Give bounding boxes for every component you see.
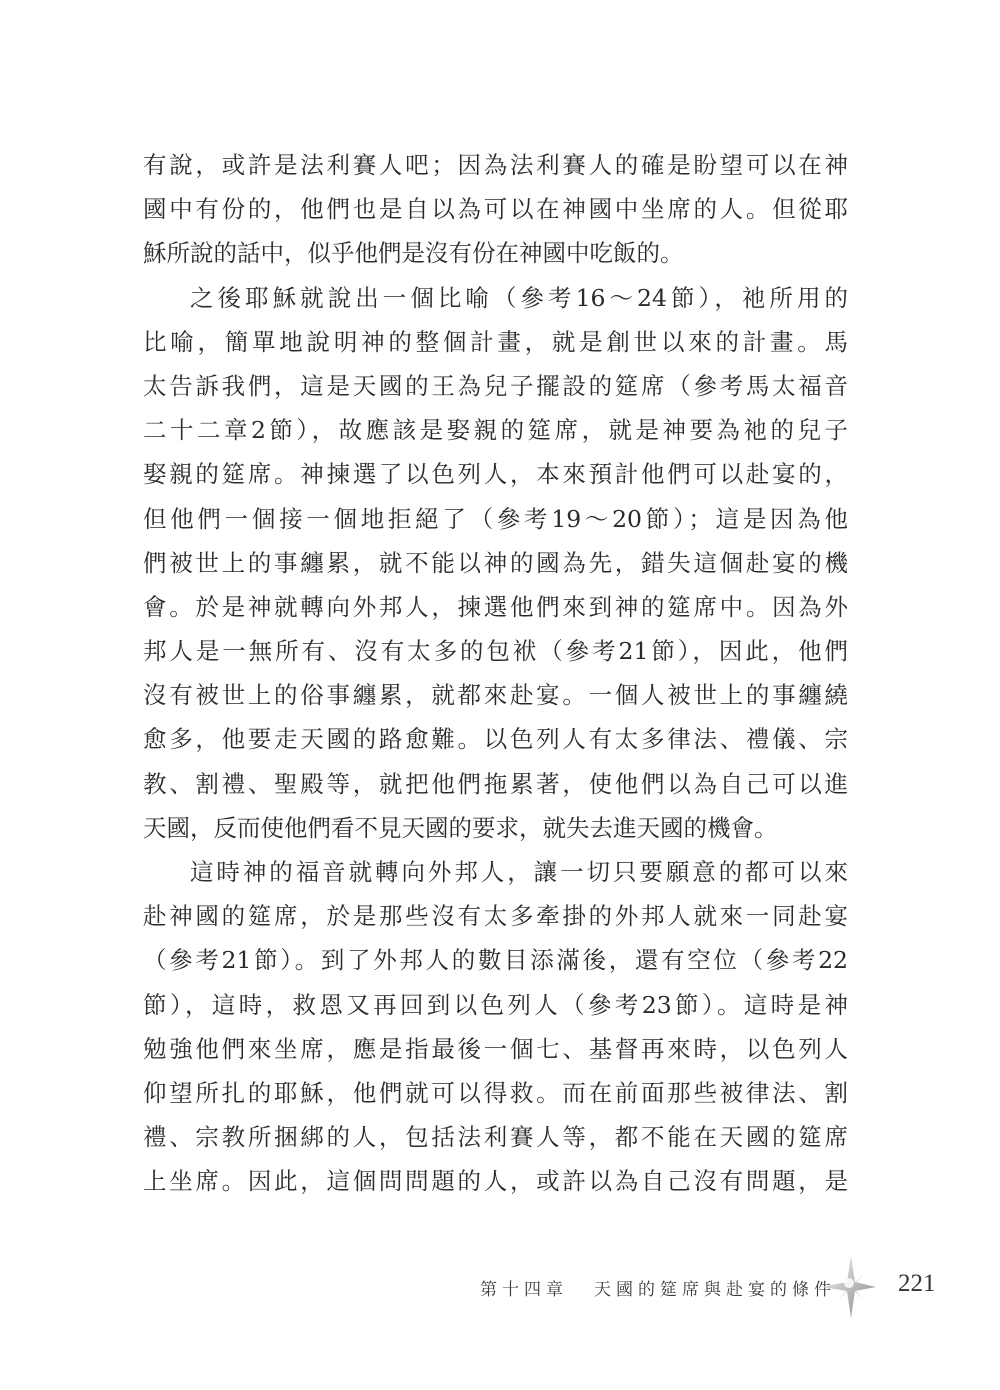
star-ornament-icon <box>818 1254 878 1320</box>
text-line: 二十二章2節），故應該是娶親的筵席，就是神要為祂的兒子 <box>143 408 848 452</box>
text-line: 節），這時，救恩又再回到以色列人（參考23節）。這時是神 <box>143 983 848 1027</box>
text-line: 教、割禮、聖殿等，就把他們拖累著，使他們以為自己可以進 <box>143 762 848 806</box>
text-line: 赴神國的筵席，於是那些沒有太多牽掛的外邦人就來一同赴宴 <box>143 894 848 938</box>
text-line: 禮、宗教所捆綁的人，包括法利賽人等，都不能在天國的筵席 <box>143 1115 848 1159</box>
text-line: （參考21節）。到了外邦人的數目添滿後，還有空位（參考22 <box>143 938 848 982</box>
text-line: 邦人是一無所有、沒有太多的包袱（參考21節），因此，他們 <box>143 629 848 673</box>
running-head: 第十四章天國的筵席與赴宴的條件 <box>480 1275 836 1300</box>
text-line: 會。於是神就轉向外邦人，揀選他們來到神的筵席中。因為外 <box>143 585 848 629</box>
text-line: 太告訴我們，這是天國的王為兒子擺設的筵席（參考馬太福音 <box>143 364 848 408</box>
page-footer: 第十四章天國的筵席與赴宴的條件 221 <box>480 1266 940 1316</box>
text-line: 仰望所扎的耶穌，他們就可以得救。而在前面那些被律法、割 <box>143 1071 848 1115</box>
book-page: 有說，或許是法利賽人吧；因為法利賽人的確是盼望可以在神 國中有份的，他們也是自以… <box>0 0 1000 1390</box>
text-line: 國中有份的，他們也是自以為可以在神國中坐席的人。但從耶 <box>143 187 848 231</box>
text-line: 之後耶穌就說出一個比喻（參考16～24節），祂所用的 <box>143 276 848 320</box>
text-line: 天國，反而使他們看不見天國的要求，就失去進天國的機會。 <box>143 806 848 850</box>
paragraph: 有說，或許是法利賽人吧；因為法利賽人的確是盼望可以在神 國中有份的，他們也是自以… <box>143 143 848 276</box>
text-line: 有說，或許是法利賽人吧；因為法利賽人的確是盼望可以在神 <box>143 143 848 187</box>
chapter-title: 天國的筵席與赴宴的條件 <box>594 1280 836 1300</box>
text-line: 但他們一個接一個地拒絕了（參考19～20節）；這是因為他 <box>143 497 848 541</box>
text-line: 穌所說的話中，似乎他們是沒有份在神國中吃飯的。 <box>143 231 848 275</box>
text-line: 娶親的筵席。神揀選了以色列人，本來預計他們可以赴宴的， <box>143 452 848 496</box>
paragraph: 這時神的福音就轉向外邦人，讓一切只要願意的都可以來 赴神國的筵席，於是那些沒有太… <box>143 850 848 1204</box>
paragraph: 之後耶穌就說出一個比喻（參考16～24節），祂所用的 比喻，簡單地說明神的整個計… <box>143 276 848 850</box>
page-number: 221 <box>898 1270 936 1298</box>
text-line: 勉強他們來坐席，應是指最後一個七、基督再來時，以色列人 <box>143 1027 848 1071</box>
chapter-label: 第十四章 <box>480 1280 568 1300</box>
text-line: 沒有被世上的俗事纏累，就都來赴宴。一個人被世上的事纏繞 <box>143 673 848 717</box>
text-line: 上坐席。因此，這個問問題的人，或許以為自己沒有問題，是 <box>143 1159 848 1203</box>
text-line: 愈多，他要走天國的路愈難。以色列人有太多律法、禮儀、宗 <box>143 717 848 761</box>
text-line: 這時神的福音就轉向外邦人，讓一切只要願意的都可以來 <box>143 850 848 894</box>
body-text: 有說，或許是法利賽人吧；因為法利賽人的確是盼望可以在神 國中有份的，他們也是自以… <box>143 143 848 1204</box>
text-line: 比喻，簡單地說明神的整個計畫，就是創世以來的計畫。馬 <box>143 320 848 364</box>
text-line: 們被世上的事纏累，就不能以神的國為先，錯失這個赴宴的機 <box>143 541 848 585</box>
